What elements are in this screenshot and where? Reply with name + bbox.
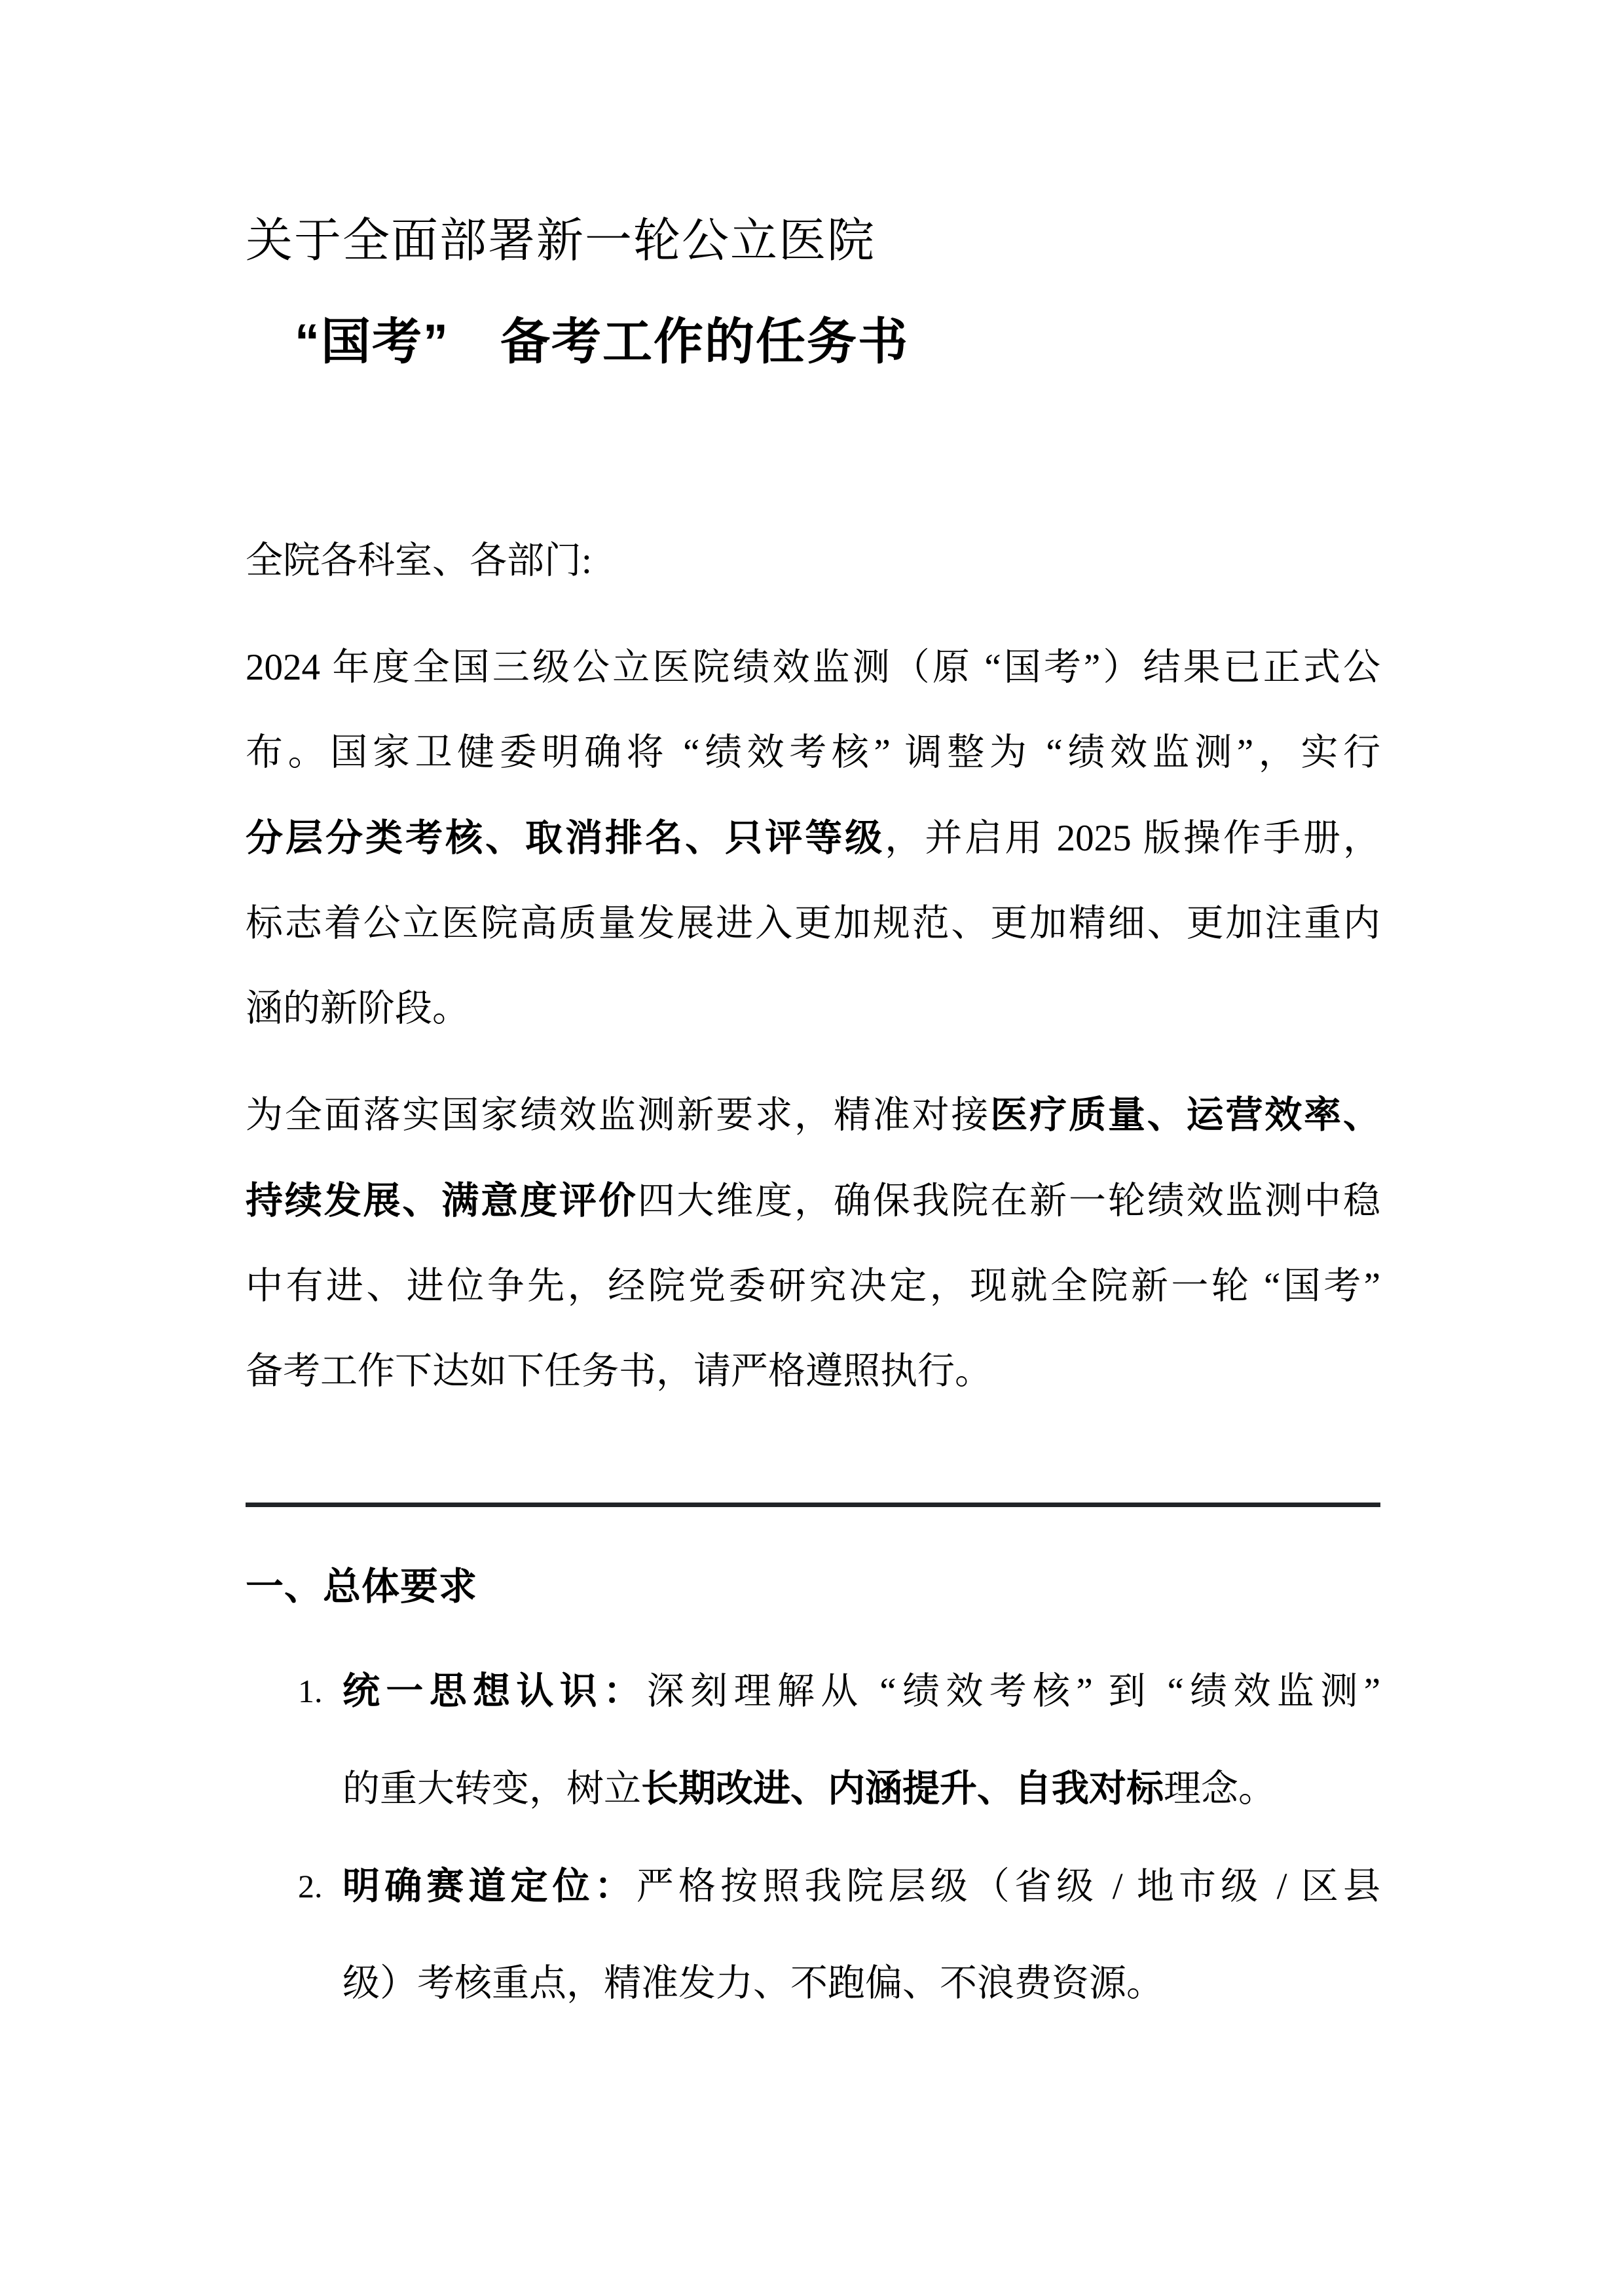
text-segment: 为全面落实国家绩效监测新要求，精准对接 [246,1095,990,1136]
document-title-line1: 关于全面部署新一轮公立医院 [246,213,1380,269]
paragraph-announcement: 2024 年度全国三级公立医院绩效监测（原 “国考”）结果已正式公布。国家卫健委… [246,625,1380,1051]
text-line: 统一思想认识：深刻理解从 “绩效考核” 到 “绩效监测” [342,1643,1380,1740]
bold-text-segment: 分层分类考核、取消排名、只评等级 [246,817,885,859]
text-line: 级）考核重点，精准发力、不跑偏、不浪费资源。 [342,1935,1380,2032]
list-item-track-positioning: 2. 明确赛道定位：严格按照我院层级（省级 / 地市级 / 区县级）考核重点，精… [246,1838,1380,2032]
text-line: 持续发展、满意度评价四大维度，确保我院在新一轮绩效监测中稳 [246,1158,1380,1244]
requirements-list: 1. 统一思想认识：深刻理解从 “绩效考核” 到 “绩效监测”的重大转变，树立长… [246,1643,1380,2032]
list-item-content: 统一思想认识：深刻理解从 “绩效考核” 到 “绩效监测”的重大转变，树立长期改进… [342,1643,1380,1838]
bold-text-segment: 持续发展、满意度评价 [246,1180,638,1222]
document-title-line2: “国考” 备考工作的任务书 [295,312,1380,373]
bold-text-segment: 长期改进、内涵提升、自我对标 [641,1768,1164,1810]
text-segment: 布。国家卫健委明确将 “绩效考核” 调整为 “绩效监测”，实行 [246,732,1380,773]
bold-text-segment: 统一思想认识： [342,1670,647,1712]
text-segment: 的重大转变，树立 [342,1768,641,1810]
text-line: 中有进、进位争先，经院党委研究决定，现就全院新一轮 “国考” [246,1244,1380,1329]
text-segment: 备考工作下达如下任务书，请严格遵照执行。 [246,1351,992,1392]
bold-text-segment: 医疗质量、运营效率、 [990,1094,1380,1136]
list-item-content: 明确赛道定位：严格按照我院层级（省级 / 地市级 / 区县级）考核重点，精准发力… [342,1838,1380,2032]
text-line: 标志着公立医院高质量发展进入更加规范、更加精细、更加注重内 [246,881,1380,966]
text-line: 布。国家卫健委明确将 “绩效考核” 调整为 “绩效监测”，实行 [246,710,1380,795]
bold-text-segment: 明确赛道定位： [342,1865,637,1907]
text-line: 明确赛道定位：严格按照我院层级（省级 / 地市级 / 区县 [342,1838,1380,1935]
text-segment: 四大维度，确保我院在新一轮绩效监测中稳 [638,1180,1380,1222]
salutation-line: 全院各科室、各部门: [246,519,1380,604]
text-segment: 深刻理解从 “绩效考核” 到 “绩效监测” [647,1671,1380,1712]
list-item-unify-thinking: 1. 统一思想认识：深刻理解从 “绩效考核” 到 “绩效监测”的重大转变，树立长… [246,1643,1380,1838]
text-segment: ，并启用 2025 版操作手册， [885,818,1380,859]
text-line: 2024 年度全国三级公立医院绩效监测（原 “国考”）结果已正式公 [246,625,1380,710]
text-line: 分层分类考核、取消排名、只评等级，并启用 2025 版操作手册， [246,795,1380,881]
text-segment: 2024 年度全国三级公立医院绩效监测（原 “国考”）结果已正式公 [246,647,1380,688]
text-segment: 级）考核重点，精准发力、不跑偏、不浪费资源。 [342,1963,1164,2004]
text-line: 为全面落实国家绩效监测新要求，精准对接医疗质量、运营效率、 [246,1072,1380,1158]
text-segment: 中有进、进位争先，经院党委研究决定，现就全院新一轮 “国考” [246,1266,1380,1307]
document-page: 关于全面部署新一轮公立医院 “国考” 备考工作的任务书 全院各科室、各部门: 2… [0,0,1624,2296]
text-line: 涵的新阶段。 [246,966,1380,1051]
text-segment: 严格按照我院层级（省级 / 地市级 / 区县 [637,1866,1380,1907]
list-item-number: 2. [298,1838,342,2032]
text-segment: 理念。 [1164,1768,1276,1810]
text-segment: 标志着公立医院高质量发展进入更加规范、更加精细、更加注重内 [246,903,1380,944]
text-segment: 涵的新阶段。 [246,988,470,1029]
section-heading-overall-requirements: 一、总体要求 [246,1563,1380,1611]
section-divider [246,1503,1380,1507]
text-line: 的重大转变，树立长期改进、内涵提升、自我对标理念。 [342,1740,1380,1838]
paragraph-directive: 为全面落实国家绩效监测新要求，精准对接医疗质量、运营效率、持续发展、满意度评价四… [246,1072,1380,1414]
text-line: 备考工作下达如下任务书，请严格遵照执行。 [246,1329,1380,1414]
list-item-number: 1. [298,1643,342,1838]
